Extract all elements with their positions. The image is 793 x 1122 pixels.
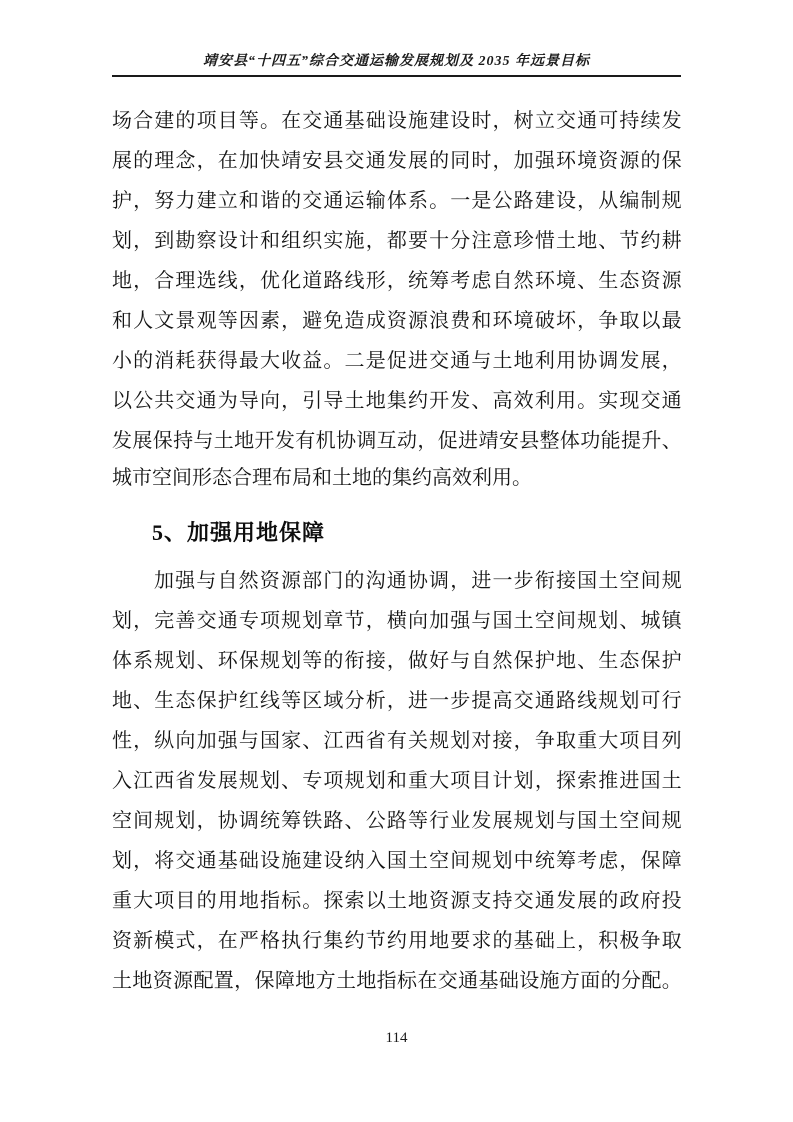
body-text-line: 划，将交通基础设施建设纳入国土空间规划中统筹考虑，保障 bbox=[112, 838, 682, 878]
body-text-line: 小的消耗获得最大收益。二是促进交通与土地利用协调发展， bbox=[112, 338, 682, 378]
body-text-line: 空间规划，协调统筹铁路、公路等行业发展规划与国土空间规 bbox=[112, 798, 682, 838]
header-divider bbox=[112, 75, 681, 77]
body-text-line: 划，到勘察设计和组织实施，都要十分注意珍惜土地、节约耕 bbox=[112, 218, 682, 258]
body-text-line: 发展保持与土地开发有机协调互动，促进靖安县整体功能提升、 bbox=[112, 418, 682, 458]
body-text-line: 性，纵向加强与国家、江西省有关规划对接，争取重大项目列 bbox=[112, 718, 682, 758]
body-text-line: 展的理念，在加快靖安县交通发展的同时，加强环境资源的保 bbox=[112, 138, 682, 178]
body-text-line: 体系规划、环保规划等的衔接，做好与自然保护地、生态保护 bbox=[112, 638, 682, 678]
section-heading: 5、加强用地保障 bbox=[112, 513, 682, 553]
body-text-line: 入江西省发展规划、专项规划和重大项目计划，探索推进国土 bbox=[112, 758, 682, 798]
body-text-line: 城市空间形态合理布局和土地的集约高效利用。 bbox=[112, 458, 682, 498]
paragraph: 加强与自然资源部门的沟通协调，进一步衔接国土空间规 划，完善交通专项规划章节，横… bbox=[112, 558, 682, 998]
body-text-line: 地，合理选线，优化道路线形，统筹考虑自然环境、生态资源 bbox=[112, 258, 682, 298]
page-footer: 114 bbox=[0, 1030, 793, 1047]
header-title: 靖安县“十四五”综合交通运输发展规划及 2035 年远景目标 bbox=[112, 50, 681, 70]
body-text-line: 重大项目的用地指标。探索以土地资源支持交通发展的政府投 bbox=[112, 878, 682, 918]
body-text-line: 划，完善交通专项规划章节，横向加强与国土空间规划、城镇 bbox=[112, 598, 682, 638]
body-text-line: 场合建的项目等。在交通基础设施建设时，树立交通可持续发 bbox=[112, 98, 682, 138]
page-number: 114 bbox=[386, 1030, 408, 1046]
page-header: 靖安县“十四五”综合交通运输发展规划及 2035 年远景目标 bbox=[112, 0, 681, 75]
body-text-line: 资新模式，在严格执行集约节约用地要求的基础上，积极争取 bbox=[112, 918, 682, 958]
body-text-line: 加强与自然资源部门的沟通协调，进一步衔接国土空间规 bbox=[112, 558, 682, 598]
document-body: 场合建的项目等。在交通基础设施建设时，树立交通可持续发 展的理念，在加快靖安县交… bbox=[112, 98, 682, 998]
body-text-line: 和人文景观等因素，避免造成资源浪费和环境破坏，争取以最 bbox=[112, 298, 682, 338]
body-text-line: 地、生态保护红线等区域分析，进一步提高交通路线规划可行 bbox=[112, 678, 682, 718]
body-text-line: 以公共交通为导向，引导土地集约开发、高效利用。实现交通 bbox=[112, 378, 682, 418]
document-page: 靖安县“十四五”综合交通运输发展规划及 2035 年远景目标 场合建的项目等。在… bbox=[0, 0, 793, 1122]
paragraph: 场合建的项目等。在交通基础设施建设时，树立交通可持续发 展的理念，在加快靖安县交… bbox=[112, 98, 682, 498]
body-text-line: 土地资源配置，保障地方土地指标在交通基础设施方面的分配。 bbox=[112, 958, 682, 998]
body-text-line: 护，努力建立和谐的交通运输体系。一是公路建设，从编制规 bbox=[112, 178, 682, 218]
